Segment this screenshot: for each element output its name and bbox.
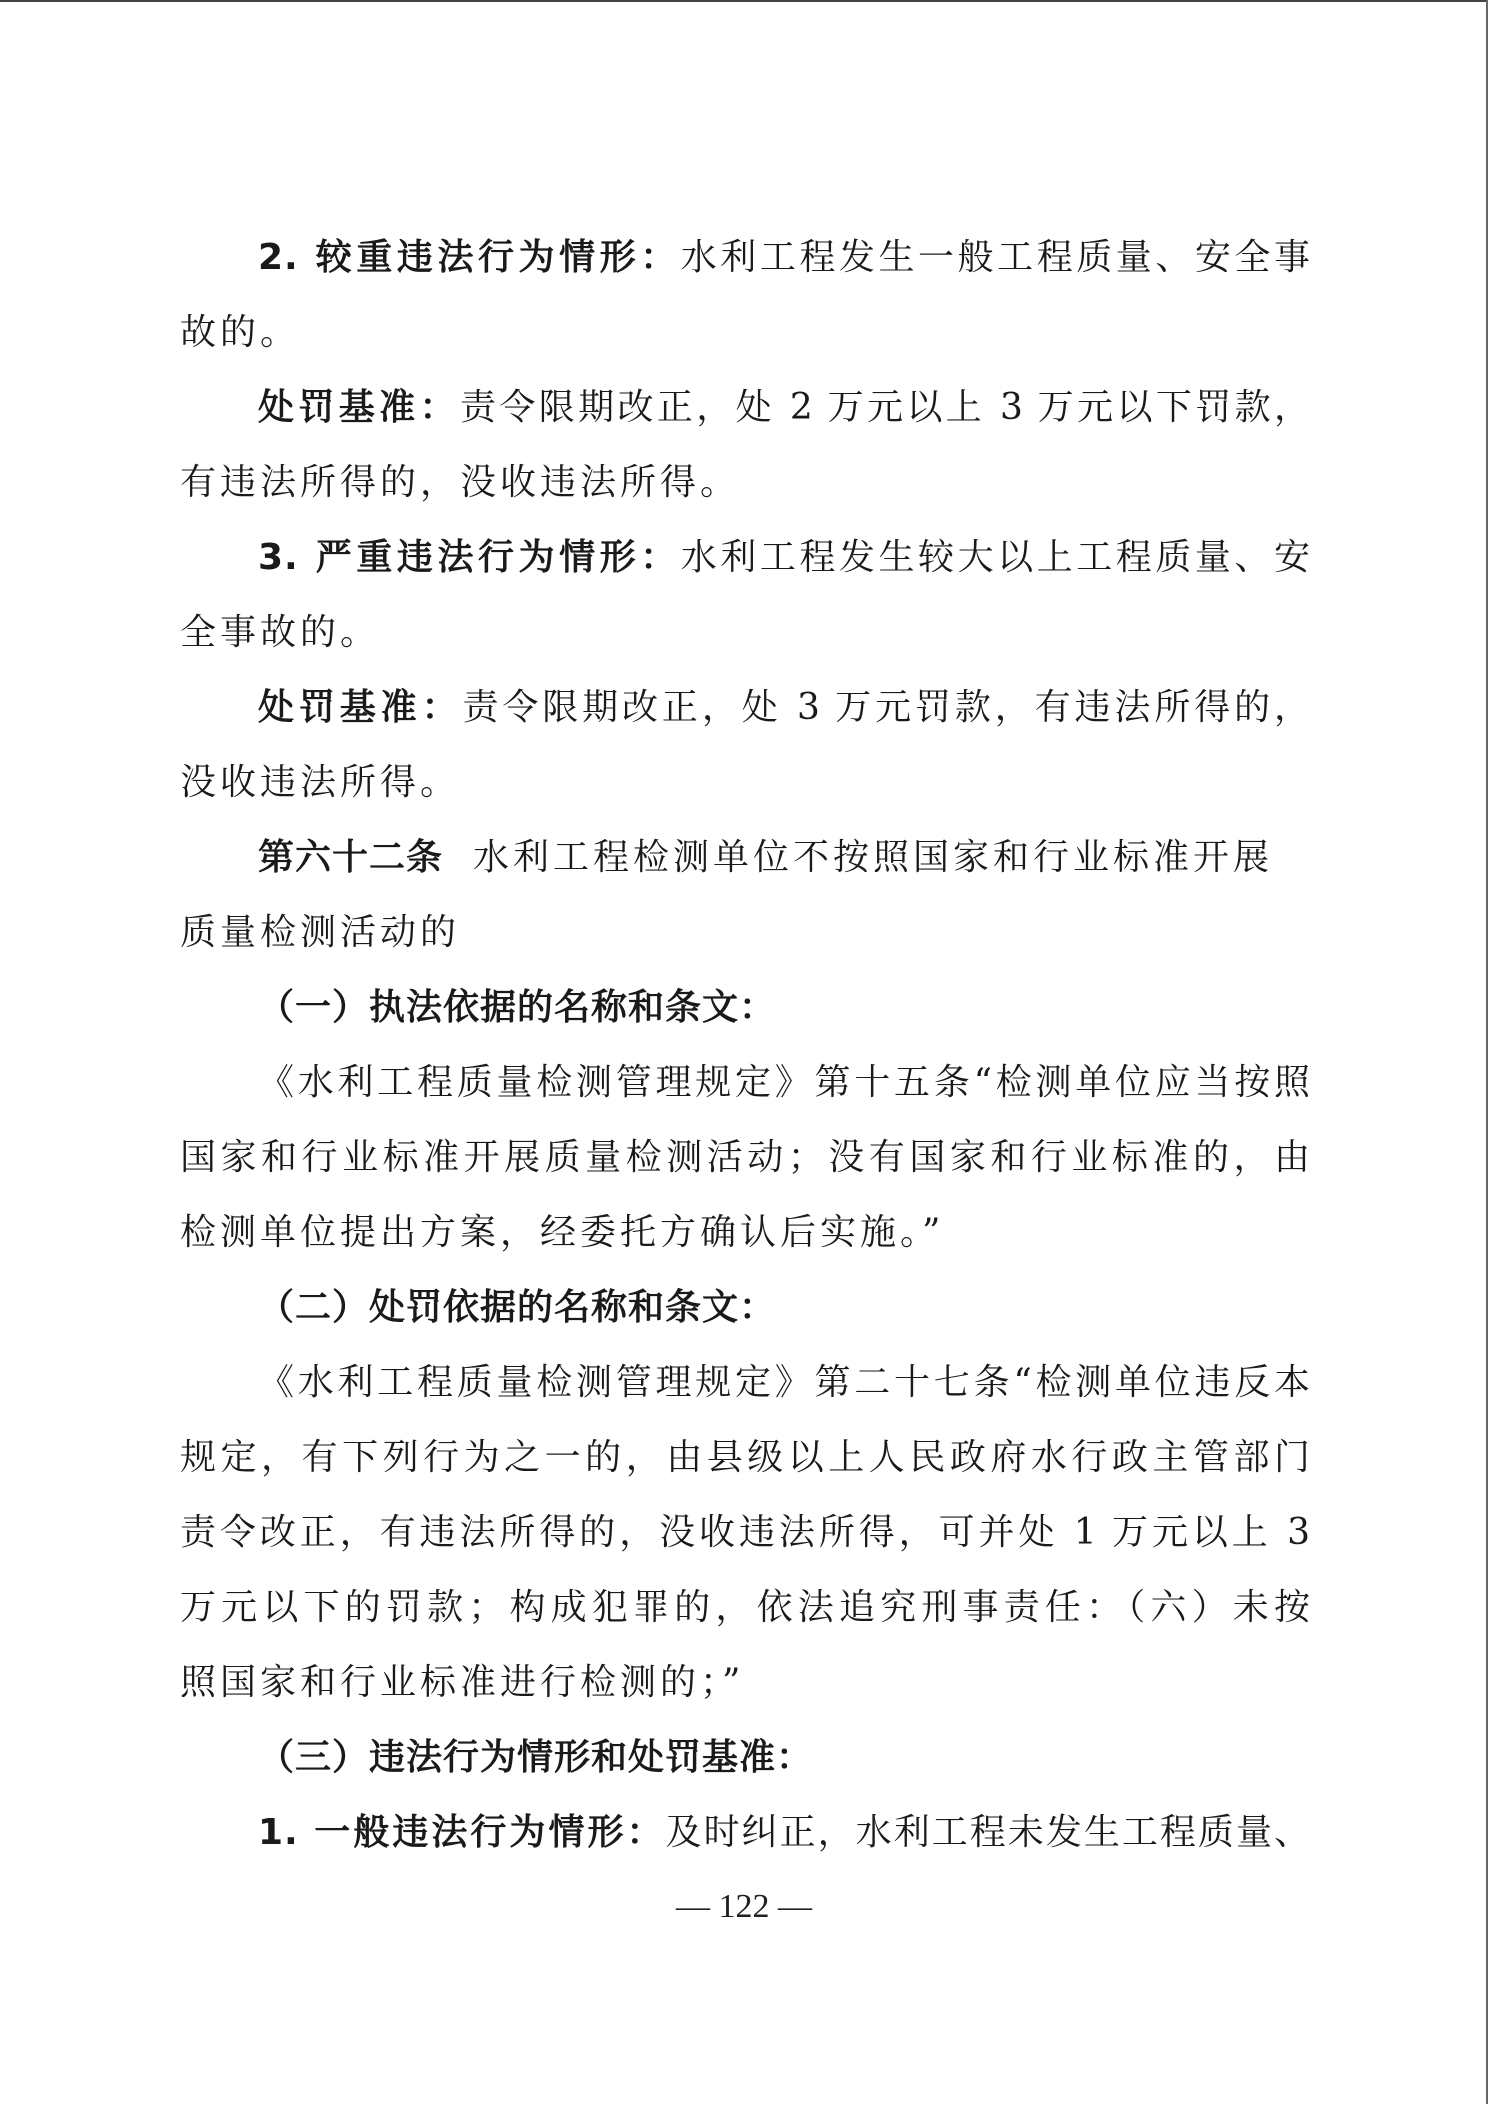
body-text: 《水利工程质量检测管理规定》第二十七条“检测单位违反本 xyxy=(258,1362,1310,1403)
body-text: 万元以下的罚款；构成犯罪的，依法追究刑事责任：（六）未按 xyxy=(180,1587,1310,1628)
paragraph-line: 没收违法所得。 xyxy=(180,745,1310,820)
paragraph-line: 责令改正，有违法所得的，没收违法所得，可并处 1 万元以上 3 xyxy=(180,1495,1310,1570)
bold-heading: 1. 一般违法行为情形： xyxy=(258,1812,666,1853)
paragraph-line: 处罚基准：责令限期改正，处 3 万元罚款，有违法所得的， xyxy=(180,670,1310,745)
section-heading-text: （二）处罚依据的名称和条文： xyxy=(258,1287,776,1328)
bold-heading: 2. 较重违法行为情形： xyxy=(258,237,681,278)
paragraph-line: 全事故的。 xyxy=(180,595,1310,670)
body-text: 规定，有下列行为之一的，由县级以上人民政府水行政主管部门 xyxy=(180,1437,1310,1478)
page-top-border xyxy=(0,0,1488,2)
body-text: 责令限期改正，处 2 万元以上 3 万元以下罚款， xyxy=(460,387,1310,428)
paragraph-line: 3. 严重违法行为情形：水利工程发生较大以上工程质量、安 xyxy=(180,520,1310,595)
body-text: 及时纠正，水利工程未发生工程质量、 xyxy=(666,1812,1310,1853)
paragraph-line: 有违法所得的，没收违法所得。 xyxy=(180,445,1310,520)
section-heading-text: （一）执法依据的名称和条文： xyxy=(258,987,776,1028)
section-heading-text: （三）违法行为情形和处罚基准： xyxy=(258,1737,813,1778)
paragraph-line: 2. 较重违法行为情形：水利工程发生一般工程质量、安全事 xyxy=(180,220,1310,295)
body-text: 没收违法所得。 xyxy=(180,762,460,803)
article-title: 水利工程检测单位不按照国家和行业标准开展 xyxy=(473,837,1273,878)
body-text: 全事故的。 xyxy=(180,612,380,653)
paragraph-line: 1. 一般违法行为情形：及时纠正，水利工程未发生工程质量、 xyxy=(180,1795,1310,1870)
document-page: 2. 较重违法行为情形：水利工程发生一般工程质量、安全事 故的。 处罚基准：责令… xyxy=(180,220,1310,1870)
paragraph-line: 处罚基准：责令限期改正，处 2 万元以上 3 万元以下罚款， xyxy=(180,370,1310,445)
page-number: — 122 — xyxy=(0,1888,1488,1926)
body-text: 《水利工程质量检测管理规定》第十五条“检测单位应当按照 xyxy=(258,1062,1310,1103)
paragraph-line: 《水利工程质量检测管理规定》第十五条“检测单位应当按照 xyxy=(180,1045,1310,1120)
body-text: 责令限期改正，处 3 万元罚款，有违法所得的， xyxy=(462,687,1310,728)
section-heading: （一）执法依据的名称和条文： xyxy=(180,970,1310,1045)
paragraph-line: 规定，有下列行为之一的，由县级以上人民政府水行政主管部门 xyxy=(180,1420,1310,1495)
paragraph-line: 故的。 xyxy=(180,295,1310,370)
paragraph-line: 万元以下的罚款；构成犯罪的，依法追究刑事责任：（六）未按 xyxy=(180,1570,1310,1645)
paragraph-line: 《水利工程质量检测管理规定》第二十七条“检测单位违反本 xyxy=(180,1345,1310,1420)
paragraph-line: 质量检测活动的 xyxy=(180,895,1310,970)
body-text: 责令改正，有违法所得的，没收违法所得，可并处 1 万元以上 3 xyxy=(180,1512,1310,1553)
body-text: 检测单位提出方案，经委托方确认后实施。” xyxy=(180,1212,944,1253)
bold-heading: 处罚基准： xyxy=(258,387,460,428)
bold-heading: 3. 严重违法行为情形： xyxy=(258,537,681,578)
body-text: 国家和行业标准开展质量检测活动；没有国家和行业标准的，由 xyxy=(180,1137,1310,1178)
section-heading: （二）处罚依据的名称和条文： xyxy=(180,1270,1310,1345)
body-text: 水利工程发生较大以上工程质量、安 xyxy=(681,537,1310,578)
body-text: 故的。 xyxy=(180,312,300,353)
body-text: 照国家和行业标准进行检测的；” xyxy=(180,1662,744,1703)
body-text: 水利工程发生一般工程质量、安全事 xyxy=(681,237,1310,278)
body-text: 有违法所得的，没收违法所得。 xyxy=(180,462,740,503)
article-number: 第六十二条 xyxy=(258,837,443,878)
body-text: 质量检测活动的 xyxy=(180,912,460,953)
article-heading-line: 第六十二条水利工程检测单位不按照国家和行业标准开展 xyxy=(180,820,1310,895)
bold-heading: 处罚基准： xyxy=(258,687,462,728)
paragraph-line: 照国家和行业标准进行检测的；” xyxy=(180,1645,1310,1720)
paragraph-line: 检测单位提出方案，经委托方确认后实施。” xyxy=(180,1195,1310,1270)
section-heading: （三）违法行为情形和处罚基准： xyxy=(180,1720,1310,1795)
paragraph-line: 国家和行业标准开展质量检测活动；没有国家和行业标准的，由 xyxy=(180,1120,1310,1195)
